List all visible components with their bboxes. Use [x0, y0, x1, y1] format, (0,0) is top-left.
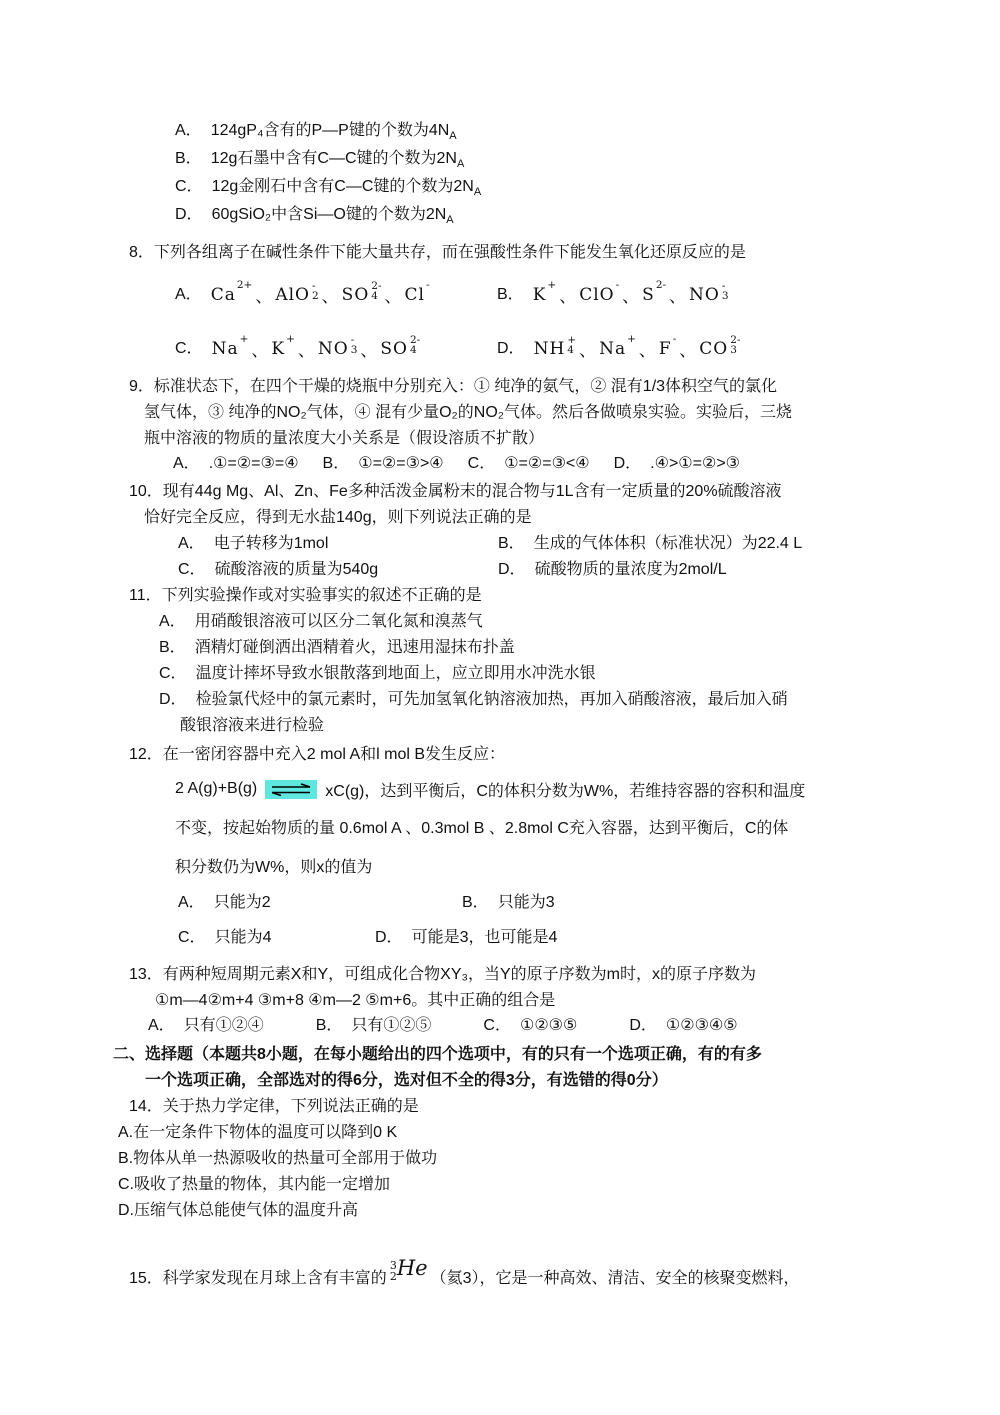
q7-option-a: A．124gP₄含有的P—P键的个数为4NA: [175, 117, 940, 145]
option-label: C．: [175, 178, 203, 195]
q10-options-row1: A．电子转移为1mol B．生成的气体体积（标准状况）为22.4 L: [178, 531, 940, 557]
q7-option-c: C．12g金刚石中含有C—C键的个数为2NA: [175, 173, 940, 201]
q15-text-post: （氦3），它是一种高效、清洁、安全的核聚变燃料，: [431, 1265, 800, 1288]
section2-line2: 一个选项正确，全部选对的得6分，选对但不全的得3分，有选错的得0分）: [145, 1068, 940, 1094]
option-text: 124gP₄含有的P—P键的个数为4N: [211, 122, 450, 139]
option-label: B．: [497, 281, 524, 304]
q11-option-a: A．用硝酸银溶液可以区分二氧化氮和溴蒸气: [159, 609, 940, 635]
q10-options-row2: C．硫酸溶液的质量为540g D．硫酸物质的量浓度为2mol/L: [178, 557, 940, 583]
exam-document-page: A．124gP₄含有的P—P键的个数为4NA B．12g石墨中含有C—C键的个数…: [0, 0, 1000, 1415]
q14-option-b: B.物体从单一热源吸收的热量可全部用于做功: [118, 1146, 940, 1172]
subscript-a: A: [457, 158, 464, 170]
q7-option-b: B．12g石墨中含有C—C键的个数为2NA: [175, 145, 940, 173]
q9-option-d: D．.④>①=②>③: [614, 452, 740, 476]
q8-options-row1: A．Ca2+、AlO-2、SO2-4、Cl- B．K+、ClO-、S2-、NO-…: [175, 272, 940, 312]
q10-option-d: D．硫酸物质的量浓度为2mol/L: [498, 557, 727, 583]
q10-line2: 恰好完全反应，得到无水盐140g，则下列说法正确的是: [144, 505, 940, 531]
q8-option-c: C．Na+、K+、NO-3、SO2-4: [175, 326, 497, 366]
q13-option-d: D．①②③④⑤: [629, 1014, 737, 1038]
q12-options-row2: C．只能为4 D．可能是3，也可能是4: [178, 925, 940, 951]
q12-equation: 2 A(g)+B(g) xC(g)，达到平衡后，C的体积分数为W%，若维持容器的…: [175, 774, 940, 804]
option-label: B．: [175, 150, 202, 167]
subscript-a: A: [474, 186, 481, 198]
atomic-number: 2: [390, 1271, 397, 1282]
q12-option-c: C．只能为4: [178, 925, 375, 951]
option-text: 12g金刚石中含有C—C键的个数为2N: [212, 178, 474, 195]
option-text: 60gSiO₂中含Si—O键的个数为2N: [212, 206, 447, 223]
q12-option-a: A．只能为2: [178, 890, 462, 916]
q9-options-row: A．.①=②=③=④ B．①=②=③>④ C．①=②=③<④ D．.④>①=②>…: [173, 452, 940, 476]
equation-right: xC(g)，达到平衡后，C的体积分数为W%，若维持容器的容积和温度: [325, 778, 805, 801]
q9-line3: 瓶中溶液的物质的量浓度大小关系是（假设溶质不扩散）: [144, 426, 940, 452]
q14-option-a: A.在一定条件下物体的温度可以降到0 K: [118, 1120, 940, 1146]
q10-option-a: A．电子转移为1mol: [178, 531, 498, 557]
q13-options-row: A．只有①②④ B．只有①②⑤ C．①②③⑤ D．①②③④⑤: [148, 1014, 940, 1038]
q13-option-a: A．只有①②④: [148, 1014, 264, 1038]
q11-stem: 11．下列实验操作或对实验事实的叙述不正确的是: [129, 583, 940, 609]
section2-line1: 二、选择题（本题共8小题，在每小题给出的四个选项中，有的只有一个选项正确，有的有…: [113, 1042, 940, 1068]
q13-block: 13．有两种短周期元素X和Y，可组成化合物XY₃，当Y的原子序数为m时，x的原子…: [113, 962, 940, 1038]
q9-line1: 9．标准状态下，在四个干燥的烧瓶中分别充入：① 纯净的氨气，② 混有1/3体积空…: [129, 374, 940, 400]
q14-option-c: C.吸收了热量的物体，其内能一定增加: [118, 1172, 940, 1198]
q8-option-a: A．Ca2+、AlO-2、SO2-4、Cl-: [175, 272, 497, 312]
section2-header: 二、选择题（本题共8小题，在每小题给出的四个选项中，有的只有一个选项正确，有的有…: [113, 1042, 940, 1094]
q13-option-b: B．只有①②⑤: [316, 1014, 432, 1038]
option-text: 12g石墨中含有C—C键的个数为2N: [211, 150, 457, 167]
q13-line2: ①m—4②m+4 ③m+8 ④m—2 ⑤m+6。其中正确的组合是: [155, 988, 940, 1014]
q13-option-c: C．①②③⑤: [483, 1014, 577, 1038]
ion-list: Na+、K+、NO-3、SO2-4: [212, 334, 421, 359]
q12-line3: 积分数仍为W%，则x的值为: [175, 855, 940, 881]
q10-block: 10．现有44g Mg、Al、Zn、Fe多种活泼金属粉末的混合物与1L含有一定质…: [113, 479, 940, 583]
q9-option-c: C．①=②=③<④: [468, 452, 590, 476]
q12-block: 12．在一密闭容器中充入2 mol A和l mol B发生反应： 2 A(g)+…: [113, 742, 940, 951]
ion-list: Ca2+、AlO-2、SO2-4、Cl-: [211, 280, 430, 305]
ion-list: K+、ClO-、S2-、NO-3: [533, 280, 729, 305]
q13-line1: 13．有两种短周期元素X和Y，可组成化合物XY₃，当Y的原子序数为m时，x的原子…: [129, 962, 940, 988]
q11-option-c: C．温度计摔坏导致水银散落到地面上，应立即用水冲洗水银: [159, 661, 940, 687]
option-label: C．: [175, 335, 203, 358]
nuclide-numbers: 3 2: [390, 1260, 397, 1282]
q8-options-row2: C．Na+、K+、NO-3、SO2-4 D．NH+4、Na+、F-、CO2-3: [175, 326, 940, 366]
q10-option-c: C．硫酸溶液的质量为540g: [178, 557, 498, 583]
q12-option-d: D．可能是3，也可能是4: [375, 925, 557, 951]
q8-option-d: D．NH+4、Na+、F-、CO2-3: [497, 326, 740, 366]
helium3-nuclide: 3 2 He: [390, 1258, 428, 1280]
q8-stem: 8．下列各组离子在碱性条件下能大量共存，而在强酸性条件下能发生氧化还原反应的是: [129, 240, 940, 266]
q12-option-b: B．只能为3: [462, 890, 555, 916]
q9-line2: 氢气体，③ 纯净的NO₂气体，④ 混有少量O₂的NO₂气体。然后各做喷泉实验。实…: [144, 400, 940, 426]
equilibrium-arrow-icon: [270, 783, 312, 796]
q9-option-b: B．①=②=③>④: [323, 452, 444, 476]
option-label: A．: [175, 122, 202, 139]
q12-stem: 12．在一密闭容器中充入2 mol A和l mol B发生反应：: [129, 742, 940, 768]
option-label: D．: [175, 206, 203, 223]
q9-option-a: A．.①=②=③=④: [173, 452, 299, 476]
q12-options-row1: A．只能为2 B．只能为3: [178, 890, 940, 916]
q12-line2: 不变，按起始物质的量 0.6mol A 、0.3mol B 、2.8mol C充…: [175, 816, 940, 842]
q11-option-d: D．检验氯代烃中的氯元素时，可先加氢氧化钠溶液加热，再加入硝酸溶液，最后加入硝: [159, 687, 940, 713]
q10-line1: 10．现有44g Mg、Al、Zn、Fe多种活泼金属粉末的混合物与1L含有一定质…: [129, 479, 940, 505]
q11-block: 11．下列实验操作或对实验事实的叙述不正确的是 A．用硝酸银溶液可以区分二氧化氮…: [113, 583, 940, 739]
q14-option-d: D.压缩气体总能使气体的温度升高: [118, 1198, 940, 1224]
option-label: D．: [497, 335, 525, 358]
q14-stem: 14．关于热力学定律，下列说法正确的是: [129, 1094, 940, 1120]
subscript-a: A: [449, 130, 456, 142]
q15-text-pre: 15．科学家发现在月球上含有丰富的: [129, 1265, 387, 1288]
q7-options-block: A．124gP₄含有的P—P键的个数为4NA B．12g石墨中含有C—C键的个数…: [113, 117, 940, 229]
q11-option-d-line2: 酸银溶液来进行检验: [180, 713, 940, 739]
subscript-a: A: [446, 214, 453, 226]
element-symbol: He: [397, 1258, 428, 1278]
equation-left: 2 A(g)+B(g): [175, 780, 257, 798]
q8-block: 8．下列各组离子在碱性条件下能大量共存，而在强酸性条件下能发生氧化还原反应的是 …: [113, 240, 940, 366]
q7-option-d: D．60gSiO₂中含Si—O键的个数为2NA: [175, 201, 940, 229]
q10-option-b: B．生成的气体体积（标准状况）为22.4 L: [498, 531, 802, 557]
equilibrium-arrow-highlight: [265, 780, 317, 799]
q14-block: 14．关于热力学定律，下列说法正确的是 A.在一定条件下物体的温度可以降到0 K…: [113, 1094, 940, 1224]
q15-line: 15．科学家发现在月球上含有丰富的 3 2 He （氦3），它是一种高效、清洁、…: [129, 1248, 940, 1288]
ion-list: NH+4、Na+、F-、CO2-3: [534, 334, 741, 359]
option-label: A．: [175, 281, 202, 304]
q9-block: 9．标准状态下，在四个干燥的烧瓶中分别充入：① 纯净的氨气，② 混有1/3体积空…: [113, 374, 940, 476]
q8-option-b: B．K+、ClO-、S2-、NO-3: [497, 272, 729, 312]
q15-block: 15．科学家发现在月球上含有丰富的 3 2 He （氦3），它是一种高效、清洁、…: [113, 1248, 940, 1288]
q11-option-b: B．酒精灯碰倒洒出酒精着火，迅速用湿抹布扑盖: [159, 635, 940, 661]
